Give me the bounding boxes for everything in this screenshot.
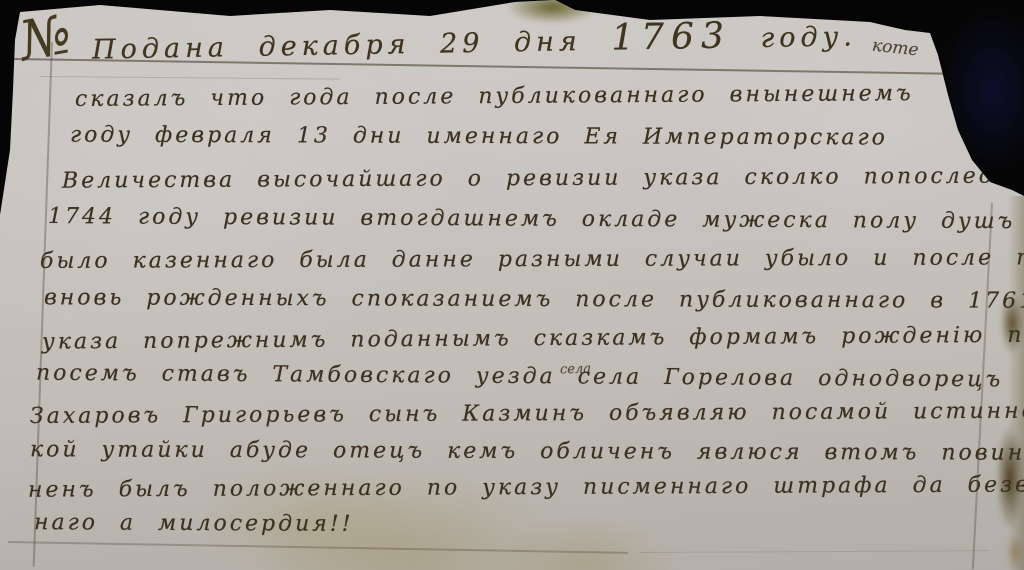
- manuscript-line: кой утайки абуде отецъ кемъ обличенъ явл…: [30, 437, 1024, 465]
- date-heading: Подана декабря 29 дня 1763 году.: [92, 13, 857, 67]
- ruled-line-bottom-faint: [640, 550, 990, 553]
- manuscript-line: Величества высочайшаго о ревизии указа с…: [62, 163, 1024, 193]
- manuscript-line: сказалъ что года после публикованнаго вн…: [75, 81, 914, 112]
- manuscript-line: указа попрежнимъ поданнымъ сказкамъ форм…: [42, 322, 1024, 354]
- ruled-line-bottom: [8, 541, 628, 554]
- manuscript-line: году февраля 13 дни именнаго Ея Императо…: [70, 123, 888, 151]
- manuscript-line: посемъ ставъ Тамбовскаго уезда села Горе…: [36, 361, 1003, 393]
- manuscript-line: вновь рожденныхъ споказаниемъ после публ…: [44, 285, 1024, 313]
- date-heading-year: 1763: [611, 16, 731, 59]
- manuscript-line: Захаровъ Григорьевъ сынъ Казминъ объявля…: [30, 398, 1024, 429]
- manuscript-paper: № Подана декабря 29 дня 1763 году. коте …: [0, 0, 1024, 570]
- date-heading-suffix: году.: [760, 21, 857, 54]
- ruled-line-heading-faint: [40, 76, 340, 80]
- manuscript-line: ненъ былъ положеннаго по указу писменнаг…: [28, 472, 1024, 502]
- date-heading-text: Подана декабря 29 дня: [92, 26, 582, 66]
- interlinear-correction: села: [560, 361, 592, 377]
- numero-flourish: №: [15, 2, 76, 73]
- manuscript-line: было казеннаго была данне разными случаи…: [40, 245, 1024, 274]
- manuscript-line: наго а милосердия!!: [34, 510, 354, 537]
- photo-background: № Подана декабря 29 дня 1763 году. коте …: [0, 0, 1024, 570]
- manuscript-line: 1744 году ревизии втогдашнемъ окладе муж…: [48, 204, 1024, 235]
- torn-word-fragment: коте: [871, 36, 919, 61]
